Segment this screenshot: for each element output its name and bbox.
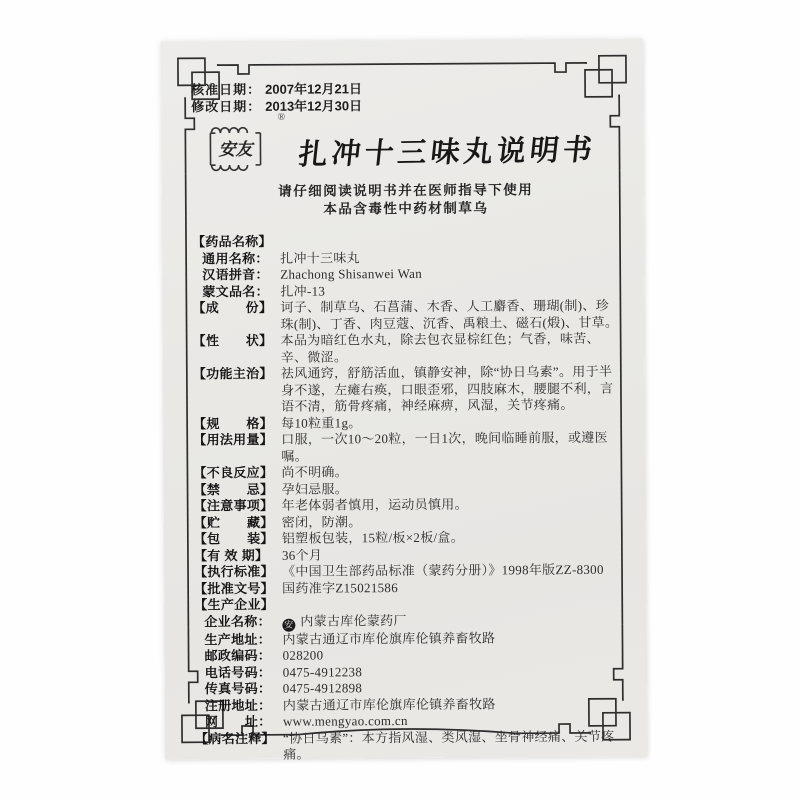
section-text: 口服，一次10～20粒，一日1次，晚间临睡前服，或遵医嘱。: [281, 430, 621, 465]
section-text: 内蒙古库伦蒙药厂: [300, 612, 406, 628]
section-label: 【注意事项】: [194, 498, 282, 515]
header-row: 安友 ® 扎冲十三味丸说明书: [191, 123, 619, 178]
section-text: 内蒙古通辽市库伦旗库伦镇养畜牧路: [282, 629, 622, 648]
registered-trademark-mark: ®: [278, 111, 286, 122]
section-text: www.mengyao.com.cn: [283, 712, 623, 731]
section-label: 生产地址：: [204, 631, 282, 648]
section-text: 028200: [283, 646, 623, 665]
section-label: 企业名称：: [204, 613, 282, 631]
section-text: 本品为暗红色水丸，除去包衣显棕红色；气香，味苦、辛、微涩。: [281, 331, 621, 366]
section-text: 尚不明确。: [281, 463, 621, 482]
section-text: 诃子、制草乌、石菖蒲、木香、人工麝香、珊瑚(制)、珍珠(制)、丁香、肉豆蔻、沉香…: [280, 298, 620, 333]
section-label: 电话号码：: [205, 664, 283, 681]
section-text: Zhachong Shisanwei Wan: [280, 265, 620, 284]
section-text: 《中国卫生部药品标准（蒙药分册）》1998年版ZZ-8300: [282, 562, 622, 581]
section-text: 扎冲-13: [280, 281, 620, 300]
section-label: 【执行标准】: [194, 564, 282, 581]
section-label: 邮政编码：: [205, 648, 283, 665]
section-label: 蒙文品名：: [202, 283, 280, 300]
section-label: 【成 份】: [192, 300, 280, 334]
section-text: 0475-4912238: [283, 662, 623, 681]
leaflet-paper: 核准日期： 2007年12月21日 修改日期： 2013年12月30日: [161, 39, 647, 760]
section-label: 汉语拼音：: [202, 267, 280, 284]
section-text: 36个月: [282, 545, 622, 564]
anyou-brand-seal-icon: 安友: [195, 123, 275, 173]
section-text: 密闭，防潮。: [282, 512, 622, 531]
section-dosage: 【用法用量】 口服，一次10～20粒，一日1次，晚间临睡前服，或遵医嘱。: [193, 430, 621, 466]
section-text: 孕妇忌服。: [282, 479, 622, 498]
section-text: [280, 232, 620, 251]
section-label: 网 址：: [205, 714, 283, 731]
section-text: 内蒙古通辽市库伦旗库伦镇养畜牧路: [283, 695, 623, 714]
approval-date-label: 核准日期：: [191, 81, 261, 98]
section-description: 【性 状】 本品为暗红色水丸，除去包衣显棕红色；气香，味苦、辛、微涩。: [193, 331, 621, 367]
section-text: 铝塑板包装，15粒/板×2板/盒。: [282, 529, 622, 548]
frame-left-line: [186, 173, 189, 627]
company-seal-icon: 安: [282, 618, 295, 631]
section-label: 【生产企业】: [194, 597, 282, 614]
section-functions: 【功能主治】 祛风通窍，舒筋活血，镇静安神，除“协日乌素”。用于半身不遂，左瘫右…: [193, 364, 621, 416]
section-label: 【有 效 期】: [194, 547, 282, 564]
section-label: 【规 格】: [193, 415, 281, 432]
section-text: [282, 595, 622, 614]
section-text: 国药准字Z15021586: [282, 578, 622, 597]
section-text: 祛风通窍，舒筋活血，镇静安神，除“协日乌素”。用于半身不遂，左瘫右痪，口眼歪邪，…: [281, 364, 621, 416]
section-text: 每10粒重1g。: [281, 413, 621, 432]
section-text: “协日乌素”：本方指风湿、类风湿、坐骨神经痛、关节疼痛。: [283, 728, 623, 763]
section-label: 【禁 忌】: [194, 481, 282, 498]
section-label: 【包 装】: [194, 531, 282, 548]
company-name-value: 安内蒙古库伦蒙药厂: [282, 611, 622, 631]
section-label: 通用名称：: [202, 250, 280, 267]
section-label: 传真号码：: [205, 681, 283, 698]
revision-date-row: 修改日期： 2013年12月30日: [191, 96, 619, 116]
approval-date-value: 2007年12月21日: [265, 80, 362, 98]
section-label: 【性 状】: [193, 333, 281, 367]
section-ingredients: 【成 份】 诃子、制草乌、石菖蒲、木香、人工麝香、珊瑚(制)、珍珠(制)、丁香、…: [192, 298, 620, 334]
leaflet-title: 扎冲十三味丸说明书: [279, 126, 622, 173]
section-label: 【药品名称】: [192, 234, 280, 251]
section-label: 【不良反应】: [193, 465, 281, 482]
section-text: 年老体弱者慎用，运动员慎用。: [282, 496, 622, 515]
brand-logo: 安友 ®: [195, 123, 281, 179]
leaflet-content: 核准日期： 2007年12月21日 修改日期： 2013年12月30日: [191, 79, 623, 764]
sections-list: 【药品名称】 通用名称： 扎冲十三味丸 汉语拼音： Zhachong Shisa…: [192, 232, 623, 764]
toxic-ingredient-notice: 本品含毒性中药材制草乌: [192, 199, 620, 220]
section-label: 【贮 藏】: [194, 514, 282, 531]
section-label: 【病名注释】: [195, 730, 283, 764]
photo-background: 核准日期： 2007年12月21日 修改日期： 2013年12月30日: [0, 0, 800, 800]
section-disease-note: 【病名注释】 “协日乌素”：本方指风湿、类风湿、坐骨神经痛、关节疼痛。: [195, 728, 623, 764]
section-label: 注册地址：: [205, 697, 283, 714]
section-text: 扎冲十三味丸: [280, 248, 620, 267]
section-text: 0475-4912898: [283, 679, 623, 698]
section-label: 【批准文号】: [194, 580, 282, 597]
brand-name-text: 安友: [218, 139, 255, 158]
section-label: 【功能主治】: [193, 366, 281, 416]
frame-top-line: [293, 63, 511, 64]
revision-date-label: 修改日期：: [191, 98, 261, 115]
section-label: 【用法用量】: [193, 432, 281, 466]
